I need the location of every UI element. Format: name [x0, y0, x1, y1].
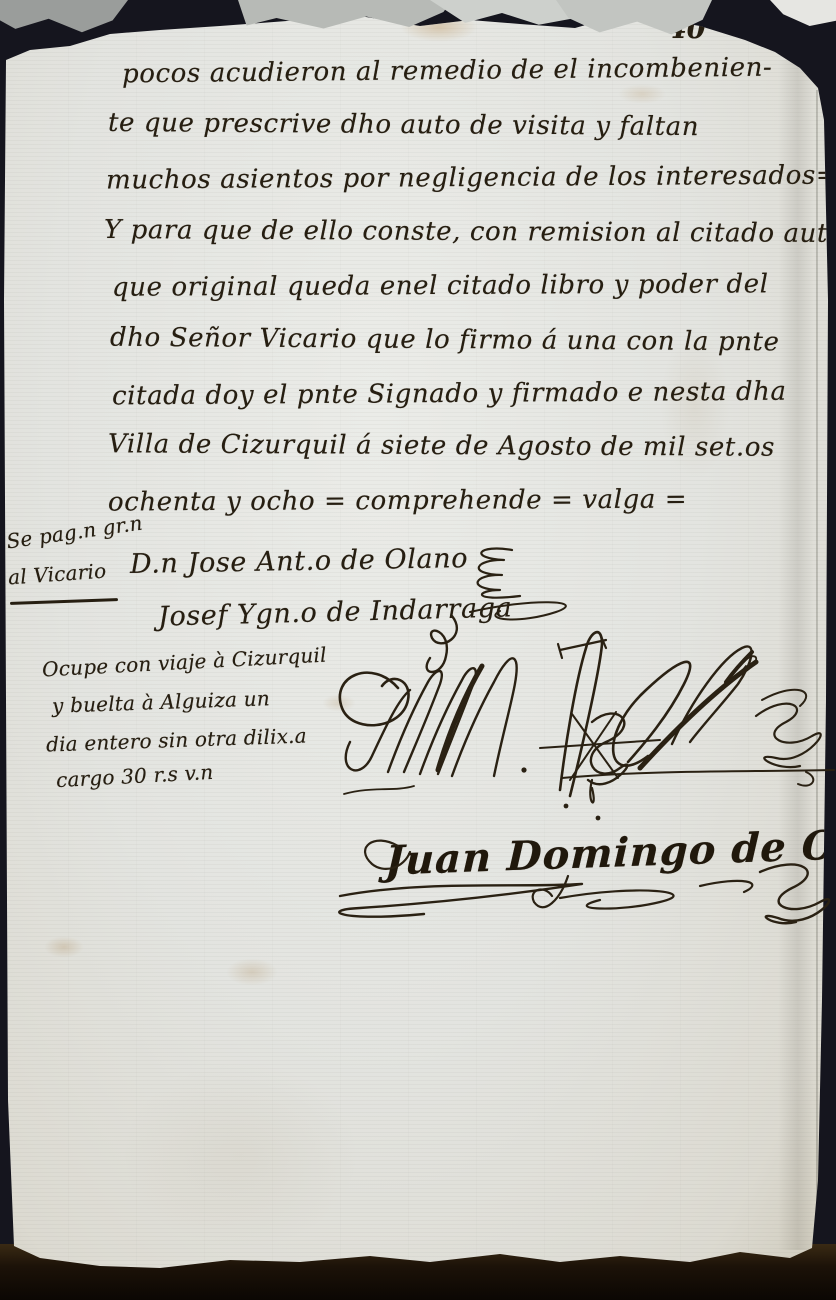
- manuscript-line: ochenta y ocho = comprehende = valga =: [108, 484, 687, 517]
- torn-paper-fragment: [770, 0, 836, 26]
- manuscript-line: Y para que de ello conste, con remision …: [104, 215, 836, 249]
- torn-paper-fragment: [0, 0, 128, 34]
- manuscript-page: 40 pocos acudieron al remedio de el inco…: [0, 0, 836, 1300]
- manuscript-line: muchos asientos por negligencia de los i…: [106, 160, 836, 195]
- document-scan: 40 pocos acudieron al remedio de el inco…: [0, 0, 836, 1300]
- manuscript-line: citada doy el pnte Signado y firmado e n…: [112, 377, 787, 412]
- manuscript-line: Villa de Cizurquil á siete de Agosto de …: [108, 429, 775, 462]
- manuscript-line: te que prescrive dho auto de visita y fa…: [108, 108, 699, 142]
- manuscript-line: que original queda enel citado libro y p…: [112, 269, 769, 302]
- page-edge-line: [816, 90, 818, 1240]
- official-name-olano: D.n Jose Ant.o de Olano: [130, 543, 469, 580]
- manuscript-line: dho Señor Vicario que lo firmo á una con…: [110, 323, 780, 358]
